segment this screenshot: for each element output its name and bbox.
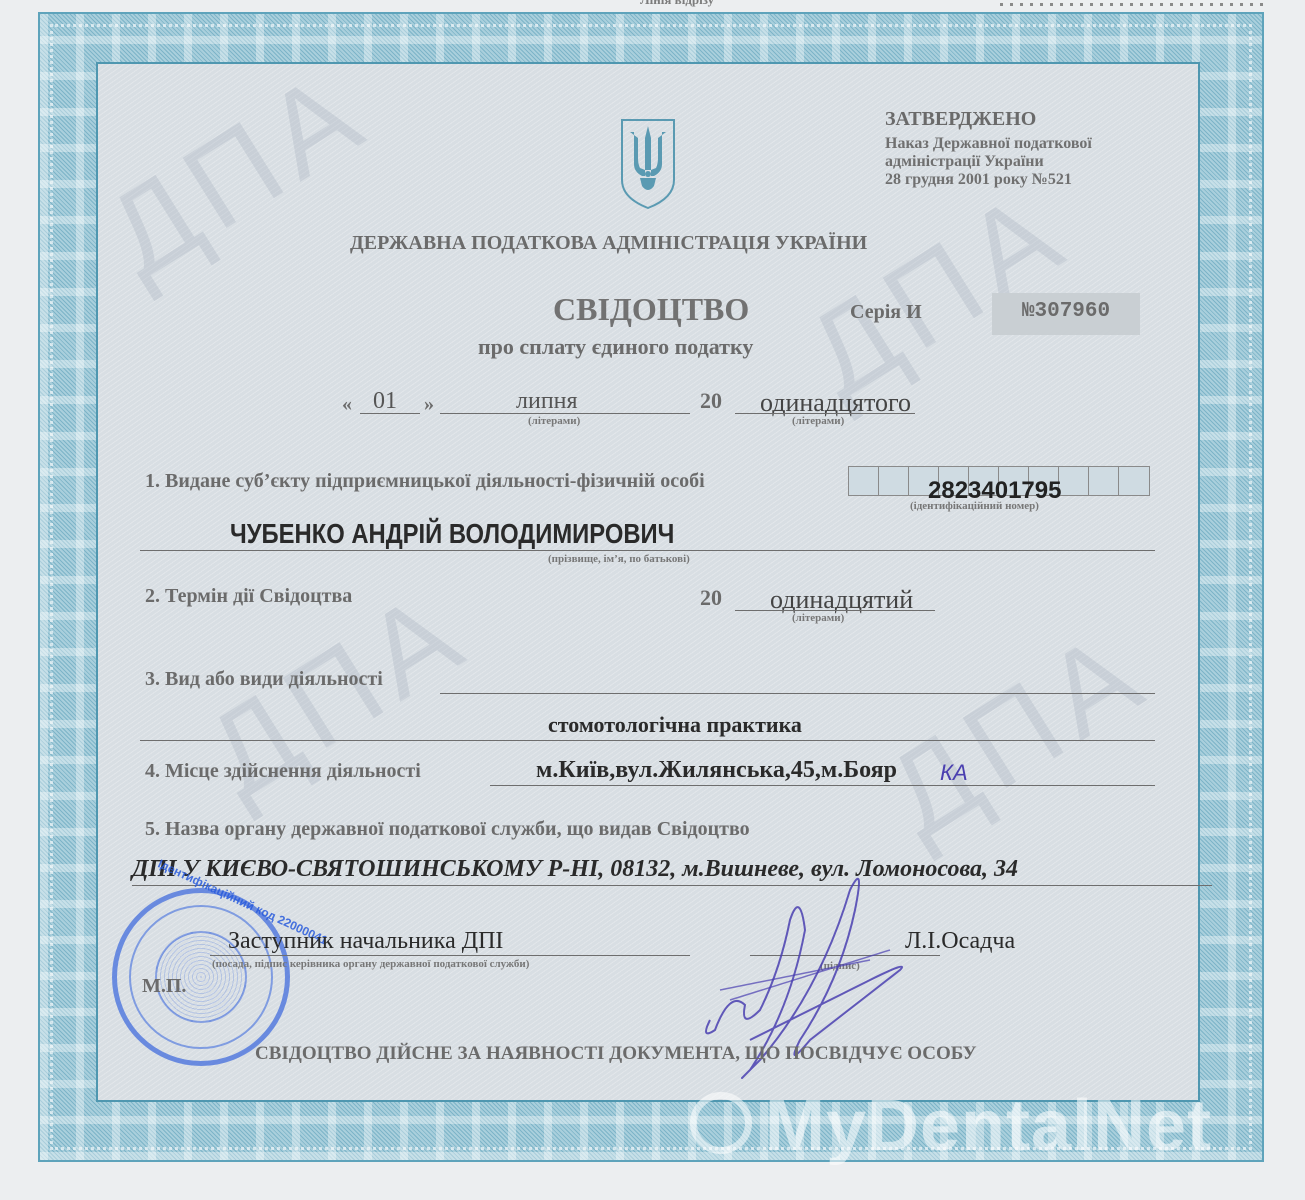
trident-coat-of-arms-icon — [620, 118, 676, 210]
date-day: 01 — [373, 388, 397, 415]
activity-location: м.Київ,вул.Жилянська,45,м.Бояр — [536, 757, 897, 784]
validity-year-line — [735, 610, 935, 611]
certificate-subtitle: про сплату єдиного податку — [478, 334, 753, 360]
id-number-hint: (ідентифікаційний номер) — [910, 500, 1039, 512]
date-month-line — [440, 413, 690, 414]
mydentalnet-logo-icon — [690, 1092, 752, 1154]
dpa-watermark: ДПА — [83, 41, 392, 305]
date-open-quote: « — [342, 393, 352, 416]
date-close-quote: » — [424, 393, 434, 416]
validity-year-hint: (літерами) — [792, 612, 844, 624]
position-line — [210, 955, 690, 956]
approved-heading: ЗАТВЕРДЖЕНО — [885, 108, 1036, 131]
field4-label: 4. Місце здійснення діяльності — [145, 760, 421, 783]
certificate-series: Серія И — [850, 301, 922, 324]
holder-name-line — [140, 550, 1155, 551]
field2-label: 2. Термін дії Свідоцтва — [145, 585, 352, 608]
activity-line — [140, 740, 1155, 741]
validity-footer-note: СВІДОЦТВО ДІЙСНЕ ЗА НАЯВНОСТІ ДОКУМЕНТА,… — [255, 1043, 977, 1065]
cut-line-label: Лінія відрізу — [640, 0, 714, 8]
date-month-hint: (літерами) — [528, 415, 580, 427]
signatory-name: Л.І.Осадча — [905, 928, 1015, 955]
date-day-line — [360, 413, 420, 414]
field1-label: 1. Видане суб’єкту підприємницької діяль… — [145, 470, 705, 493]
activity-type: стомотологічна практика — [548, 712, 802, 738]
date-month: липня — [516, 388, 578, 415]
agency-name: ДЕРЖАВНА ПОДАТКОВА АДМІНІСТРАЦІЯ УКРАЇНИ — [350, 232, 867, 255]
approval-line: 28 грудня 2001 року №521 — [885, 171, 1072, 189]
date-year-hint: (літерами) — [792, 415, 844, 427]
certificate-title: СВІДОЦТВО — [553, 291, 749, 328]
authority-line — [132, 885, 1212, 886]
certificate-number: №307960 — [992, 293, 1140, 335]
handwritten-suffix: КА — [940, 760, 968, 786]
approval-line: адміністрації України — [885, 153, 1044, 171]
location-line — [490, 785, 1155, 786]
validity-year-prefix: 20 — [700, 585, 722, 611]
top-cut-strip: Лінія відрізу — [0, 0, 1305, 12]
holder-name: ЧУБЕНКО АНДРІЙ ВОЛОДИМИРОВИЧ — [230, 518, 674, 550]
field5-label: 5. Назва органу державної податкової слу… — [145, 818, 750, 841]
signatory-position: Заступник начальника ДПІ — [228, 928, 503, 955]
mydentalnet-watermark: MyDentalNet — [765, 1085, 1212, 1167]
signatory-position-hint: (посада, підпис керівника органу державн… — [212, 958, 529, 970]
seal-label: М.П. — [142, 975, 186, 998]
holder-name-hint: (прізвище, ім’я, по батькові) — [548, 553, 690, 565]
approval-line: Наказ Державної податкової — [885, 135, 1092, 153]
field3-label: 3. Вид або види діяльності — [145, 668, 383, 691]
perforation-dots — [1000, 3, 1270, 6]
field3-line — [440, 693, 1155, 694]
date-year-prefix: 20 — [700, 388, 722, 414]
dpa-watermark: ДПА — [863, 601, 1172, 865]
date-year-line — [735, 413, 915, 414]
